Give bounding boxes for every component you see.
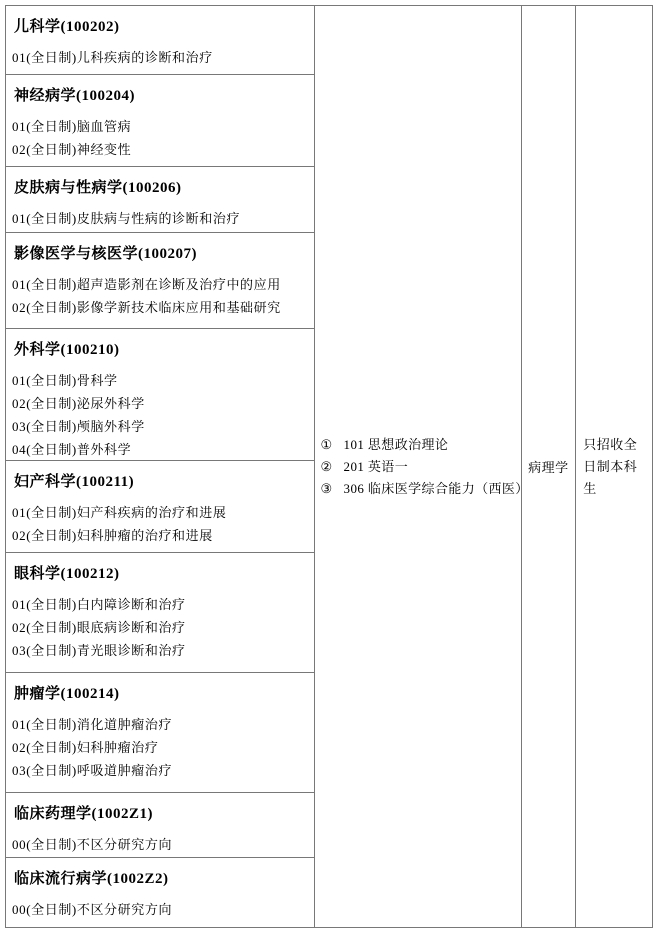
document-page: 儿科学(100202)01(全日制)儿科疾病的诊断和治疗神经病学(100204)… — [0, 0, 660, 936]
research-direction: 02(全日制)泌尿外科学 — [12, 392, 306, 415]
exam-subject-line: ③306 临床医学综合能力（西医） — [321, 478, 517, 500]
major-title: 皮肤病与性病学(100206) — [14, 179, 306, 198]
major-section: 妇产科学(100211)01(全日制)妇产科疾病的治疗和进展02(全日制)妇科肿… — [6, 461, 314, 553]
major-section: 外科学(100210)01(全日制)骨科学02(全日制)泌尿外科学03(全日制)… — [6, 329, 314, 461]
major-section: 皮肤病与性病学(100206)01(全日制)皮肤病与性病的诊断和治疗 — [6, 167, 314, 233]
retest-subject-cell: 病理学 — [522, 6, 577, 927]
major-title: 临床药理学(1002Z1) — [14, 805, 306, 824]
remarks-text: 只招收全日制本科生 — [583, 434, 647, 500]
major-title: 儿科学(100202) — [14, 18, 306, 37]
research-direction: 03(全日制)呼吸道肿瘤治疗 — [12, 759, 306, 782]
research-direction: 01(全日制)脑血管病 — [12, 115, 306, 138]
exam-subject-line: ①101 思想政治理论 — [321, 434, 517, 456]
research-direction: 01(全日制)皮肤病与性病的诊断和治疗 — [12, 207, 306, 230]
major-title: 外科学(100210) — [14, 341, 306, 360]
major-title: 影像医学与核医学(100207) — [14, 245, 306, 264]
research-direction: 03(全日制)青光眼诊断和治疗 — [12, 639, 306, 662]
remarks-cell: 只招收全日制本科生 — [576, 6, 652, 927]
research-direction: 01(全日制)儿科疾病的诊断和治疗 — [12, 46, 306, 69]
retest-subject-text: 病理学 — [528, 457, 569, 476]
research-direction: 02(全日制)神经变性 — [12, 138, 306, 161]
major-title: 眼科学(100212) — [14, 565, 306, 584]
research-direction: 04(全日制)普外科学 — [12, 438, 306, 461]
major-section: 神经病学(100204)01(全日制)脑血管病02(全日制)神经变性 — [6, 75, 314, 167]
research-direction: 02(全日制)眼底病诊断和治疗 — [12, 616, 306, 639]
research-direction: 02(全日制)妇科肿瘤治疗 — [12, 736, 306, 759]
research-direction: 01(全日制)消化道肿瘤治疗 — [12, 713, 306, 736]
research-direction: 00(全日制)不区分研究方向 — [12, 833, 306, 856]
research-direction: 00(全日制)不区分研究方向 — [12, 898, 306, 921]
major-section: 儿科学(100202)01(全日制)儿科疾病的诊断和治疗 — [6, 6, 314, 75]
major-title: 神经病学(100204) — [14, 87, 306, 106]
circled-number: ③ — [321, 478, 335, 500]
major-title: 妇产科学(100211) — [14, 473, 306, 492]
exam-subject-label: 201 英语一 — [344, 456, 409, 478]
exam-subjects-cell: ①101 思想政治理论②201 英语一③306 临床医学综合能力（西医） — [315, 6, 522, 927]
exam-subject-label: 306 临床医学综合能力（西医） — [344, 478, 529, 500]
major-section: 肿瘤学(100214)01(全日制)消化道肿瘤治疗02(全日制)妇科肿瘤治疗03… — [6, 673, 314, 793]
research-direction: 01(全日制)妇产科疾病的治疗和进展 — [12, 501, 306, 524]
exam-subject-label: 101 思想政治理论 — [344, 434, 449, 456]
research-direction: 01(全日制)骨科学 — [12, 369, 306, 392]
major-title: 肿瘤学(100214) — [14, 685, 306, 704]
research-direction: 01(全日制)白内障诊断和治疗 — [12, 593, 306, 616]
major-section: 眼科学(100212)01(全日制)白内障诊断和治疗02(全日制)眼底病诊断和治… — [6, 553, 314, 673]
major-section: 影像医学与核医学(100207)01(全日制)超声造影剂在诊断及治疗中的应用02… — [6, 233, 314, 329]
research-direction: 03(全日制)颅脑外科学 — [12, 415, 306, 438]
major-section: 临床药理学(1002Z1)00(全日制)不区分研究方向 — [6, 793, 314, 858]
majors-column: 儿科学(100202)01(全日制)儿科疾病的诊断和治疗神经病学(100204)… — [6, 6, 315, 927]
research-direction: 02(全日制)影像学新技术临床应用和基础研究 — [12, 296, 306, 319]
exam-subject-line: ②201 英语一 — [321, 456, 517, 478]
research-direction: 02(全日制)妇科肿瘤的治疗和进展 — [12, 524, 306, 547]
major-section: 临床流行病学(1002Z2)00(全日制)不区分研究方向 — [6, 858, 314, 927]
admissions-table: 儿科学(100202)01(全日制)儿科疾病的诊断和治疗神经病学(100204)… — [5, 5, 653, 928]
circled-number: ② — [321, 456, 335, 478]
major-title: 临床流行病学(1002Z2) — [14, 870, 306, 889]
circled-number: ① — [321, 434, 335, 456]
research-direction: 01(全日制)超声造影剂在诊断及治疗中的应用 — [12, 273, 306, 296]
